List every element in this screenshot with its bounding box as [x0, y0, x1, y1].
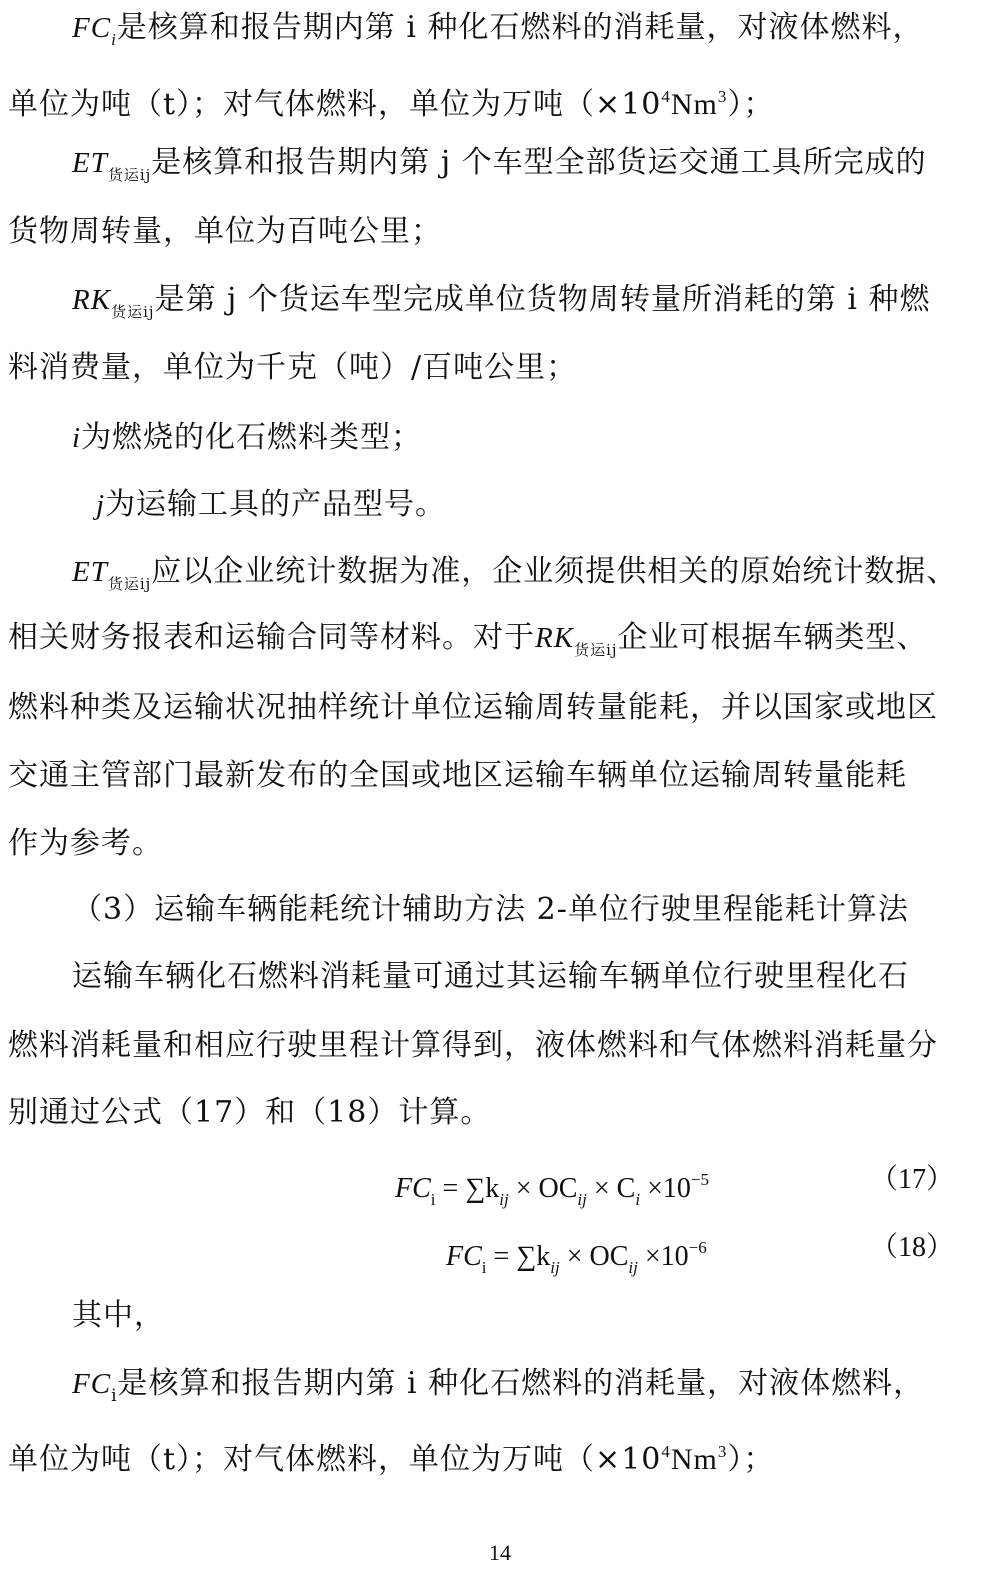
formula-18: FCi = ∑kij × OCij ×10−6 [446, 1228, 707, 1288]
paragraph-fc-units-2: 单位为吨（t）；对气体燃料，单位为万吨（×104Nm3）； [8, 1432, 970, 1480]
variable-fc: FC [72, 12, 111, 44]
paragraph-fc-units: 单位为吨（t）；对气体燃料，单位为万吨（×104Nm3）； [8, 77, 970, 125]
paragraph-et-source: ET货运ij应以企业统计数据为准，企业须提供相关的原始统计数据、 [72, 552, 970, 604]
paragraph-et-definition: ET货运ij是核算和报告期内第 j 个车型全部货运交通工具所完成的 [72, 143, 970, 195]
paragraph-rk-definition: RK货运ij是第 j 个货运车型完成单位货物周转量所消耗的第 i 种燃 [72, 280, 970, 332]
paragraph-line: 货物周转量，单位为百吨公里； [8, 212, 970, 252]
paragraph-where: 其中， [72, 1296, 970, 1336]
equation-number-18: （18） [870, 1228, 954, 1268]
paragraph-line: 燃料消耗量和相应行驶里程计算得到，液体燃料和气体燃料消耗量分 [8, 1026, 970, 1066]
paragraph-j-definition: j为运输工具的产品型号。 [96, 485, 970, 525]
paragraph-line: 料消费量，单位为千克（吨）/百吨公里； [8, 348, 970, 388]
section-heading-method-2: （3）运输车辆能耗统计辅助方法 2-单位行驶里程能耗计算法 [72, 890, 970, 930]
paragraph-line: 燃料种类及运输状况抽样统计单位运输周转量能耗，并以国家或地区 [8, 688, 970, 728]
page-number: 14 [0, 1540, 1000, 1566]
paragraph-line: 交通主管部门最新发布的全国或地区运输车辆单位运输周转量能耗 [8, 756, 970, 796]
paragraph-line: 作为参考。 [8, 824, 970, 864]
paragraph-line: 相关财务报表和运输合同等材料。对于RK货运ij企业可根据车辆类型、 [8, 618, 970, 670]
formula-17: FCi = ∑kij × OCij × Ci ×10−5 [395, 1160, 709, 1220]
equation-number-17: （17） [870, 1160, 954, 1200]
paragraph-line: 别通过公式（17）和（18）计算。 [8, 1093, 970, 1133]
paragraph-fc-definition-2: FCi是核算和报告期内第 i 种化石燃料的消耗量，对液体燃料， [72, 1364, 970, 1416]
paragraph-method-intro: 运输车辆化石燃料消耗量可通过其运输车辆单位行驶里程化石 [72, 957, 970, 997]
paragraph-i-definition: i为燃烧的化石燃料类型； [72, 418, 970, 458]
paragraph-fc-definition: FCi是核算和报告期内第 i 种化石燃料的消耗量，对液体燃料， [72, 8, 970, 60]
